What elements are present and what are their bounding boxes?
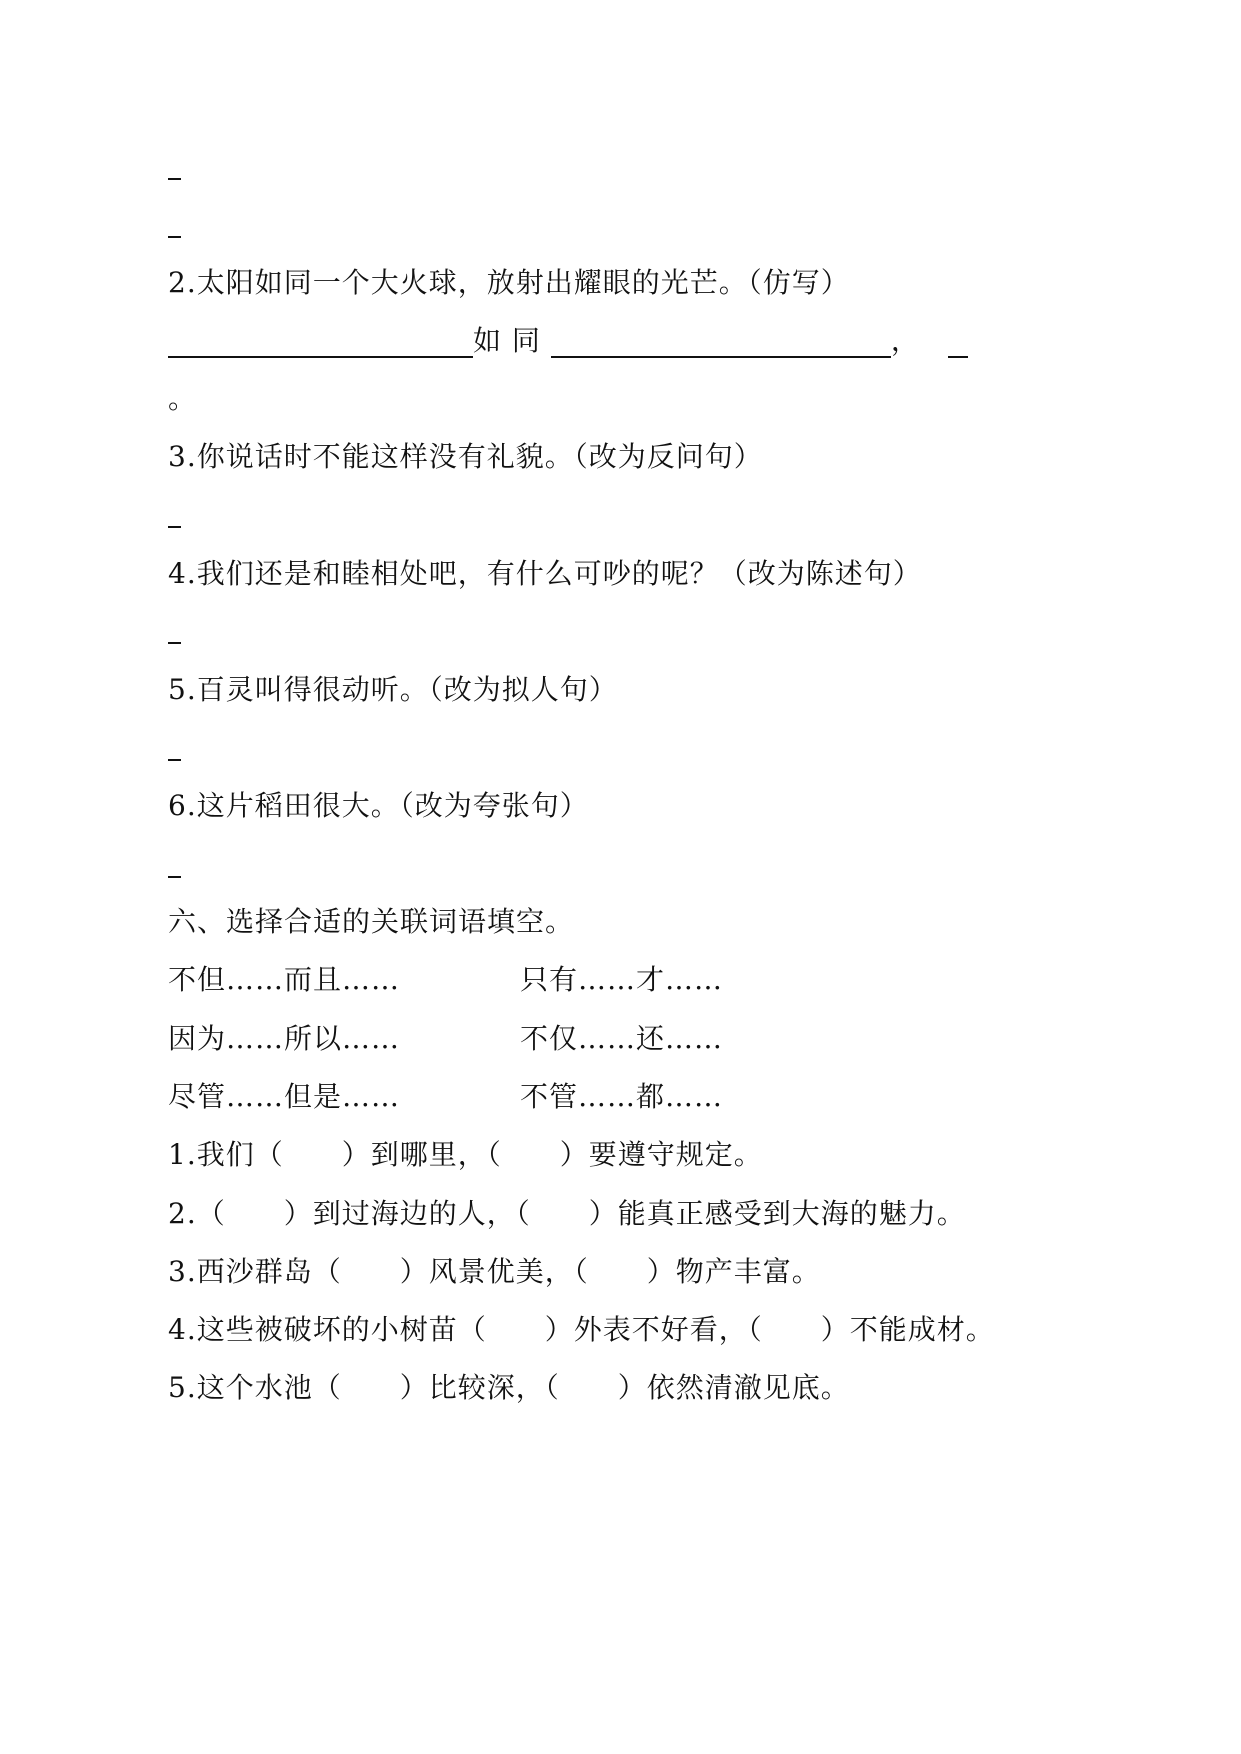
fill-blank-object[interactable]	[551, 328, 891, 358]
word-pair: 因为……所以……	[168, 1022, 400, 1056]
section-6-question[interactable]: 5.这个水池（ ）比较深，（ ）依然清澈见底。	[168, 1371, 850, 1405]
word-pair: 不仅……还……	[520, 1022, 723, 1056]
word-pair: 不管……都……	[520, 1080, 723, 1114]
question-3-prompt: 3.你说话时不能这样没有礼貌。（改为反问句）	[168, 440, 763, 474]
section-6-question[interactable]: 3.西沙群岛（ ）风景优美，（ ）物产丰富。	[168, 1255, 821, 1289]
word-pair: 尽管……但是……	[168, 1080, 400, 1114]
question-2-end-mark: 。	[168, 382, 197, 416]
question-2-prompt: 2.太阳如同一个大火球，放射出耀眼的光芒。（仿写）	[168, 266, 850, 300]
section-6-question[interactable]: 2.（ ）到过海边的人，（ ）能真正感受到大海的魅力。	[168, 1197, 966, 1231]
template-word: 如 同	[473, 324, 541, 357]
question-6-prompt: 6.这片稻田很大。（改为夸张句）	[168, 789, 589, 823]
answer-blank-2[interactable]	[168, 236, 181, 238]
comma: ，	[891, 324, 920, 357]
section-6-title: 六、选择合适的关联词语填空。	[168, 905, 574, 939]
word-pair: 不但……而且……	[168, 963, 400, 997]
answer-blank-1[interactable]	[168, 178, 181, 180]
question-5-prompt: 5.百灵叫得很动听。（改为拟人句）	[168, 673, 618, 707]
fill-blank-subject[interactable]	[168, 328, 473, 358]
word-pair: 只有……才……	[520, 963, 723, 997]
fill-blank-continuation[interactable]	[948, 328, 968, 358]
question-4-answer-blank[interactable]	[168, 642, 181, 644]
question-6-answer-blank[interactable]	[168, 876, 181, 878]
question-2-fill-template: 如 同 ，	[168, 324, 968, 358]
question-5-answer-blank[interactable]	[168, 759, 181, 761]
section-6-question[interactable]: 4.这些被破坏的小树苗（ ）外表不好看，（ ）不能成材。	[168, 1313, 995, 1347]
section-6-question[interactable]: 1.我们（ ）到哪里，（ ）要遵守规定。	[168, 1138, 763, 1172]
question-4-prompt: 4.我们还是和睦相处吧，有什么可吵的呢？（改为陈述句）	[168, 557, 922, 591]
question-3-answer-blank[interactable]	[168, 526, 181, 528]
